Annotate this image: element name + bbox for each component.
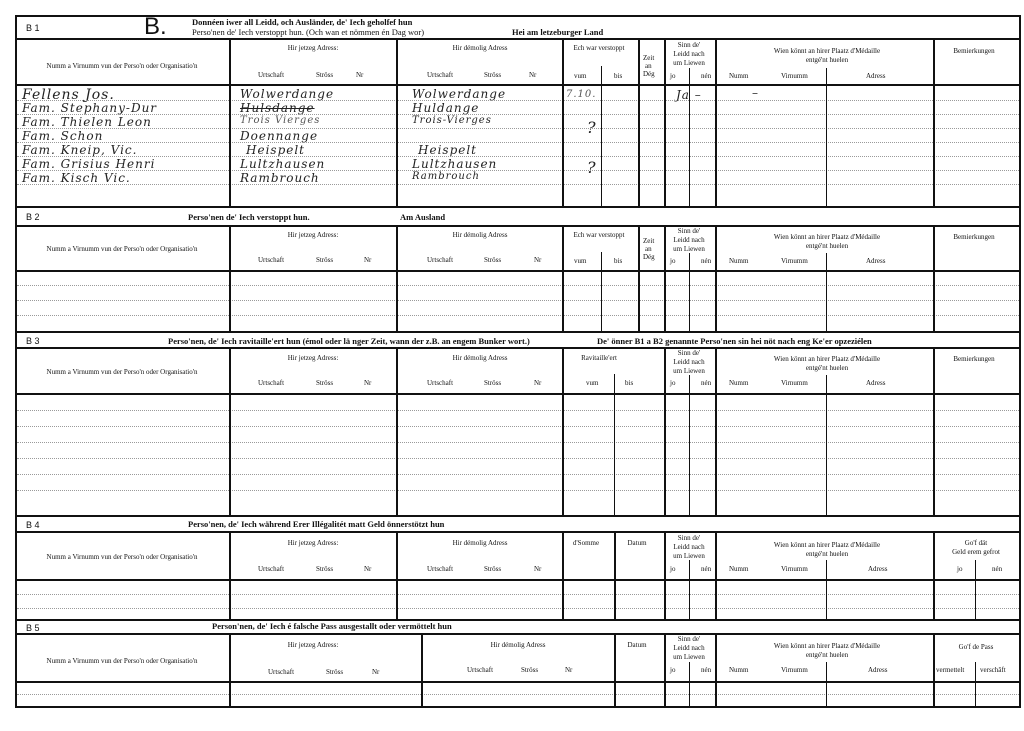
header-name-col: Numm a Virnumm vun der Perso'n oder Orga… bbox=[47, 63, 198, 70]
header-current-address: Hir jetzeg Adress: bbox=[288, 232, 339, 239]
divider bbox=[15, 331, 1021, 333]
b1-entry-name[interactable]: Fam. Thielen Leon bbox=[22, 115, 152, 129]
header-urtschaft: Urtschaft bbox=[258, 566, 284, 573]
col-line bbox=[933, 532, 935, 620]
header-former-address: Hir démolig Adress bbox=[453, 540, 508, 547]
section-b3-title: Perso'nen, de' Iech ravitaille'ert hun (… bbox=[168, 337, 530, 346]
header-somme: d'Somme bbox=[573, 540, 599, 547]
header-numm: Numm bbox=[729, 380, 748, 387]
header-vermettelt: vermettelt bbox=[936, 667, 964, 674]
b1-entry-former-place[interactable]: Lultzhausen bbox=[412, 157, 497, 171]
header-numm: Numm bbox=[729, 667, 748, 674]
col-line bbox=[933, 226, 935, 331]
header-bis: bis bbox=[614, 73, 622, 80]
header-name-col: Numm a Virnumm vun der Perso'n oder Orga… bbox=[47, 246, 198, 253]
b1-entry-former-place[interactable]: Wolwerdange bbox=[412, 87, 506, 101]
divider bbox=[15, 225, 1021, 227]
b1-entry-current-place[interactable]: Wolwerdange bbox=[240, 87, 334, 101]
header-nr: Nr bbox=[529, 72, 536, 79]
header-jo: jo bbox=[957, 566, 962, 573]
b1-entry-current-place[interactable]: Trois Vierges bbox=[240, 115, 320, 126]
divider bbox=[15, 633, 1021, 635]
header-former-address: Hir démolig Adress bbox=[491, 642, 546, 649]
header-jo: jo bbox=[670, 73, 675, 80]
header-name-col: Numm a Virnumm vun der Perso'n oder Orga… bbox=[47, 554, 198, 561]
header-urtschaft: Urtschaft bbox=[258, 380, 284, 387]
header-datum: Datum bbox=[627, 642, 646, 649]
b1-entry-current-place[interactable]: Doennange bbox=[240, 129, 318, 143]
row-line bbox=[17, 142, 1019, 143]
col-line bbox=[562, 532, 564, 620]
row-line bbox=[17, 170, 1019, 171]
header-medal: entgé'nt huelen bbox=[806, 652, 848, 659]
header-nen: nén bbox=[701, 380, 711, 387]
divider bbox=[15, 347, 1021, 349]
header-stross: Ströss bbox=[326, 669, 343, 676]
col-line bbox=[614, 374, 615, 515]
b1-entry-vum[interactable]: 7.10. bbox=[566, 89, 596, 100]
col-line bbox=[975, 560, 976, 620]
header-nen: nén bbox=[701, 73, 711, 80]
b1-entry-former-place[interactable]: Trois-Vierges bbox=[412, 115, 492, 126]
col-line bbox=[933, 348, 935, 515]
row-line bbox=[17, 315, 1019, 316]
col-line bbox=[689, 68, 690, 206]
header-virnumm: Virnumm bbox=[781, 566, 808, 573]
col-line bbox=[614, 532, 616, 620]
header-vum: vum bbox=[574, 73, 586, 80]
header-zeit: an bbox=[645, 63, 652, 70]
header-sinn: um Liewen bbox=[673, 368, 705, 375]
header-nr: Nr bbox=[364, 257, 371, 264]
header-stross: Ströss bbox=[316, 72, 333, 79]
b1-entry-former-place[interactable]: Rambrouch bbox=[412, 171, 480, 182]
header-name-col: Numm a Virnumm vun der Perso'n oder Orga… bbox=[47, 369, 198, 376]
divider bbox=[15, 515, 1021, 517]
header-adress: Adress bbox=[866, 73, 885, 80]
b1-entry-current-place[interactable]: Hulsdange bbox=[240, 101, 315, 115]
header-stross: Ströss bbox=[484, 566, 501, 573]
section-b2-title-right: Am Ausland bbox=[400, 213, 445, 222]
col-line bbox=[826, 662, 827, 707]
b1-entry-name[interactable]: Fam. Stephany-Dur bbox=[22, 101, 157, 115]
header-medal: Wien könnt an hirer Plaatz d'Médaille bbox=[774, 356, 880, 363]
header-zeit: Zeit bbox=[643, 55, 654, 62]
divider bbox=[15, 531, 1021, 533]
section-b1-title-line2: Perso'nen de' Iech verstoppt hun. (Och w… bbox=[192, 28, 424, 37]
col-line bbox=[689, 375, 690, 515]
divider bbox=[15, 579, 1021, 581]
header-urtschaft: Urtschaft bbox=[427, 257, 453, 264]
section-b3-title-right: De' önner B1 a B2 genannte Perso'nen sin… bbox=[597, 337, 872, 346]
col-line bbox=[396, 39, 398, 206]
header-name-col: Numm a Virnumm vun der Perso'n oder Orga… bbox=[47, 658, 198, 665]
header-urtschaft: Urtschaft bbox=[427, 380, 453, 387]
divider bbox=[15, 206, 1021, 208]
b1-entry-name[interactable]: Fam. Kneip, Vic. bbox=[22, 143, 137, 157]
col-line bbox=[826, 375, 827, 515]
header-gof-pass: Go'f de Pass bbox=[959, 644, 994, 651]
col-line bbox=[638, 39, 640, 206]
header-jo: jo bbox=[670, 667, 675, 674]
header-medal: Wien könnt an hirer Plaatz d'Médaille bbox=[774, 542, 880, 549]
col-line bbox=[638, 226, 640, 331]
col-line bbox=[664, 532, 666, 620]
col-line bbox=[715, 39, 717, 206]
header-nen: nén bbox=[701, 566, 711, 573]
section-b1-title-line1: Donnéen iwer all Leidd, och Ausländer, d… bbox=[192, 18, 412, 27]
header-virnumm: Virnumm bbox=[781, 380, 808, 387]
header-former-address: Hir démolig Adress bbox=[453, 45, 508, 52]
col-line bbox=[715, 226, 717, 331]
section-b2-title: Perso'nen de' Iech verstoppt hun. bbox=[188, 213, 310, 222]
b1-entry-current-place[interactable]: Rambrouch bbox=[240, 171, 320, 185]
header-sinn: Leidd nach bbox=[673, 359, 704, 366]
header-adress: Adress bbox=[868, 667, 887, 674]
divider bbox=[15, 270, 1021, 272]
header-jo: jo bbox=[670, 566, 675, 573]
col-line bbox=[229, 532, 231, 620]
header-nr: Nr bbox=[534, 257, 541, 264]
header-sinn: Leidd nach bbox=[673, 51, 704, 58]
header-nr: Nr bbox=[534, 566, 541, 573]
col-line bbox=[826, 560, 827, 620]
header-hidden: Ech war verstoppt bbox=[574, 232, 625, 239]
header-virnumm: Virnumm bbox=[781, 73, 808, 80]
header-current-address: Hir jetzeg Adress: bbox=[288, 45, 339, 52]
header-bis: bis bbox=[614, 258, 622, 265]
header-vum: vum bbox=[574, 258, 586, 265]
header-remarks: Bemierkungen bbox=[953, 356, 994, 363]
col-line bbox=[689, 560, 690, 620]
header-medal: Wien könnt an hirer Plaatz d'Médaille bbox=[774, 234, 880, 241]
col-line bbox=[715, 634, 717, 707]
header-adress: Adress bbox=[866, 380, 885, 387]
header-adress: Adress bbox=[866, 258, 885, 265]
header-current-address: Hir jetzeg Adress: bbox=[288, 642, 339, 649]
header-nr: Nr bbox=[372, 669, 379, 676]
row-line bbox=[17, 426, 1019, 427]
col-line bbox=[975, 662, 976, 707]
divider bbox=[15, 38, 1021, 40]
header-nen: nén bbox=[701, 258, 711, 265]
col-line bbox=[826, 253, 827, 331]
col-line bbox=[715, 348, 717, 515]
col-line bbox=[664, 226, 666, 331]
b1-entry-current-place[interactable]: Heispelt bbox=[246, 143, 305, 157]
col-line bbox=[664, 348, 666, 515]
col-line bbox=[715, 532, 717, 620]
header-urtschaft: Urtschaft bbox=[427, 566, 453, 573]
header-medal: Wien könnt an hirer Plaatz d'Médaille bbox=[774, 643, 880, 650]
header-sinn: Sinn de' bbox=[678, 636, 700, 643]
header-sinn: um Liewen bbox=[673, 246, 705, 253]
form-letter: B. bbox=[144, 15, 167, 39]
row-line bbox=[17, 490, 1019, 491]
header-remarks: Bemierkungen bbox=[953, 48, 994, 55]
header-gof-geld: Geld erem gefrot bbox=[952, 549, 1000, 556]
section-b5-title: Person'nen, de' Iech é falsche Pass ausg… bbox=[212, 622, 452, 631]
header-sinn: um Liewen bbox=[673, 553, 705, 560]
b1-entry-former-place[interactable]: Huldange bbox=[412, 101, 479, 115]
header-jo: jo bbox=[670, 380, 675, 387]
col-line bbox=[421, 634, 423, 707]
divider bbox=[15, 84, 1021, 86]
header-numm: Numm bbox=[729, 258, 748, 265]
row-line bbox=[17, 458, 1019, 459]
header-urtschaft: Urtschaft bbox=[467, 667, 493, 674]
row-line bbox=[17, 114, 1019, 115]
row-line bbox=[17, 285, 1019, 286]
b1-entry-vum[interactable]: ? bbox=[587, 158, 597, 177]
section-id-b3: B 3 bbox=[26, 337, 40, 346]
divider bbox=[15, 619, 1021, 621]
section-id-b2: B 2 bbox=[26, 213, 40, 222]
col-line bbox=[229, 39, 231, 206]
row-line bbox=[17, 594, 1019, 595]
header-nen: nén bbox=[701, 667, 711, 674]
col-line bbox=[396, 532, 398, 620]
b1-entry-name[interactable]: Fam. Schon bbox=[22, 129, 103, 143]
header-nen: nén bbox=[992, 566, 1002, 573]
header-gof-geld: Go'f dät bbox=[965, 540, 987, 547]
header-nr: Nr bbox=[356, 72, 363, 79]
section-b1-title-right: Hei am letzeburger Land bbox=[512, 28, 603, 37]
col-line bbox=[614, 634, 616, 707]
header-virnumm: Virnumm bbox=[781, 667, 808, 674]
header-urtschaft: Urtschaft bbox=[427, 72, 453, 79]
col-line bbox=[562, 39, 564, 206]
header-medal: entgé'nt huelen bbox=[806, 57, 848, 64]
header-virnumm: Virnumm bbox=[781, 258, 808, 265]
header-zeit: Dég bbox=[643, 254, 655, 261]
col-line bbox=[933, 634, 935, 707]
header-medal: entgé'nt huelen bbox=[806, 551, 848, 558]
header-verschaft: verschâft bbox=[980, 667, 1006, 674]
header-vum: vum bbox=[586, 380, 598, 387]
col-line bbox=[933, 39, 935, 206]
header-medal: entgé'nt huelen bbox=[806, 365, 848, 372]
section-b4-title: Perso'nen, de' Iech während Erer Illégal… bbox=[188, 520, 444, 529]
b1-entry-former-place[interactable]: Heispelt bbox=[418, 143, 477, 157]
header-adress: Adress bbox=[868, 566, 887, 573]
header-nr: Nr bbox=[534, 380, 541, 387]
col-line bbox=[826, 68, 827, 206]
b1-entry-numm[interactable]: – bbox=[752, 86, 759, 100]
header-current-address: Hir jetzeg Adress: bbox=[288, 355, 339, 362]
header-sinn: Sinn de' bbox=[678, 42, 700, 49]
col-line bbox=[601, 252, 602, 331]
header-sinn: Sinn de' bbox=[678, 535, 700, 542]
header-sinn: Sinn de' bbox=[678, 228, 700, 235]
row-line bbox=[17, 300, 1019, 301]
header-sinn: um Liewen bbox=[673, 60, 705, 67]
col-line bbox=[601, 66, 602, 206]
header-stross: Ströss bbox=[484, 257, 501, 264]
header-nr: Nr bbox=[364, 566, 371, 573]
header-medal: Wien könnt an hirer Plaatz d'Médaille bbox=[774, 48, 880, 55]
header-zeit: Dég bbox=[643, 71, 655, 78]
header-urtschaft: Urtschaft bbox=[268, 669, 294, 676]
col-line bbox=[396, 348, 398, 515]
header-jo: jo bbox=[670, 258, 675, 265]
section-id-b1: B 1 bbox=[26, 24, 40, 33]
header-stross: Ströss bbox=[316, 380, 333, 387]
col-line bbox=[664, 39, 666, 206]
col-line bbox=[664, 634, 666, 707]
header-hidden: Ech war verstoppt bbox=[574, 45, 625, 52]
header-urtschaft: Urtschaft bbox=[258, 257, 284, 264]
row-line bbox=[17, 100, 1019, 101]
section-id-b5: B 5 bbox=[26, 624, 40, 633]
col-line bbox=[689, 253, 690, 331]
header-urtschaft: Urtschaft bbox=[258, 72, 284, 79]
row-line bbox=[17, 474, 1019, 475]
header-sinn: Leidd nach bbox=[673, 544, 704, 551]
b1-entry-name[interactable]: Fam. Kisch Vic. bbox=[22, 171, 131, 185]
header-medal: entgé'nt huelen bbox=[806, 243, 848, 250]
row-line bbox=[17, 694, 1019, 695]
section-id-b4: B 4 bbox=[26, 521, 40, 530]
col-line bbox=[229, 348, 231, 515]
header-sinn: um Liewen bbox=[673, 654, 705, 661]
row-line bbox=[17, 410, 1019, 411]
divider bbox=[15, 681, 1021, 683]
header-remarks: Bemierkungen bbox=[953, 234, 994, 241]
header-former-address: Hir démolig Adress bbox=[453, 355, 508, 362]
header-stross: Ströss bbox=[484, 380, 501, 387]
header-stross: Ströss bbox=[316, 257, 333, 264]
header-zeit: Zeit bbox=[643, 238, 654, 245]
header-sinn: Leidd nach bbox=[673, 237, 704, 244]
header-current-address: Hir jetzeg Adress: bbox=[288, 540, 339, 547]
row-line bbox=[17, 442, 1019, 443]
header-zeit: an bbox=[645, 246, 652, 253]
header-stross: Ströss bbox=[521, 667, 538, 674]
row-line bbox=[17, 128, 1019, 129]
header-sinn: Sinn de' bbox=[678, 350, 700, 357]
col-line bbox=[229, 226, 231, 331]
header-nr: Nr bbox=[565, 667, 572, 674]
b1-entry-current-place[interactable]: Lultzhausen bbox=[240, 157, 325, 171]
col-line bbox=[229, 634, 231, 707]
header-numm: Numm bbox=[729, 73, 748, 80]
header-datum: Datum bbox=[627, 540, 646, 547]
divider bbox=[15, 393, 1021, 395]
header-stross: Ströss bbox=[484, 72, 501, 79]
header-former-address: Hir démolig Adress bbox=[453, 232, 508, 239]
frame-left bbox=[15, 15, 17, 707]
header-numm: Numm bbox=[729, 566, 748, 573]
col-line bbox=[562, 348, 564, 515]
row-line bbox=[17, 156, 1019, 157]
row-line bbox=[17, 608, 1019, 609]
row-line bbox=[17, 184, 1019, 185]
col-line bbox=[689, 662, 690, 707]
header-sinn: Leidd nach bbox=[673, 645, 704, 652]
frame-bottom bbox=[15, 706, 1021, 708]
header-ravitailleert: Ravitaille'ert bbox=[581, 355, 617, 362]
header-bis: bis bbox=[625, 380, 633, 387]
frame-right bbox=[1019, 15, 1021, 707]
col-line bbox=[396, 226, 398, 331]
header-nr: Nr bbox=[364, 380, 371, 387]
header-stross: Ströss bbox=[316, 566, 333, 573]
b1-entry-name[interactable]: Fam. Grisius Henri bbox=[22, 157, 155, 171]
col-line bbox=[562, 226, 564, 331]
